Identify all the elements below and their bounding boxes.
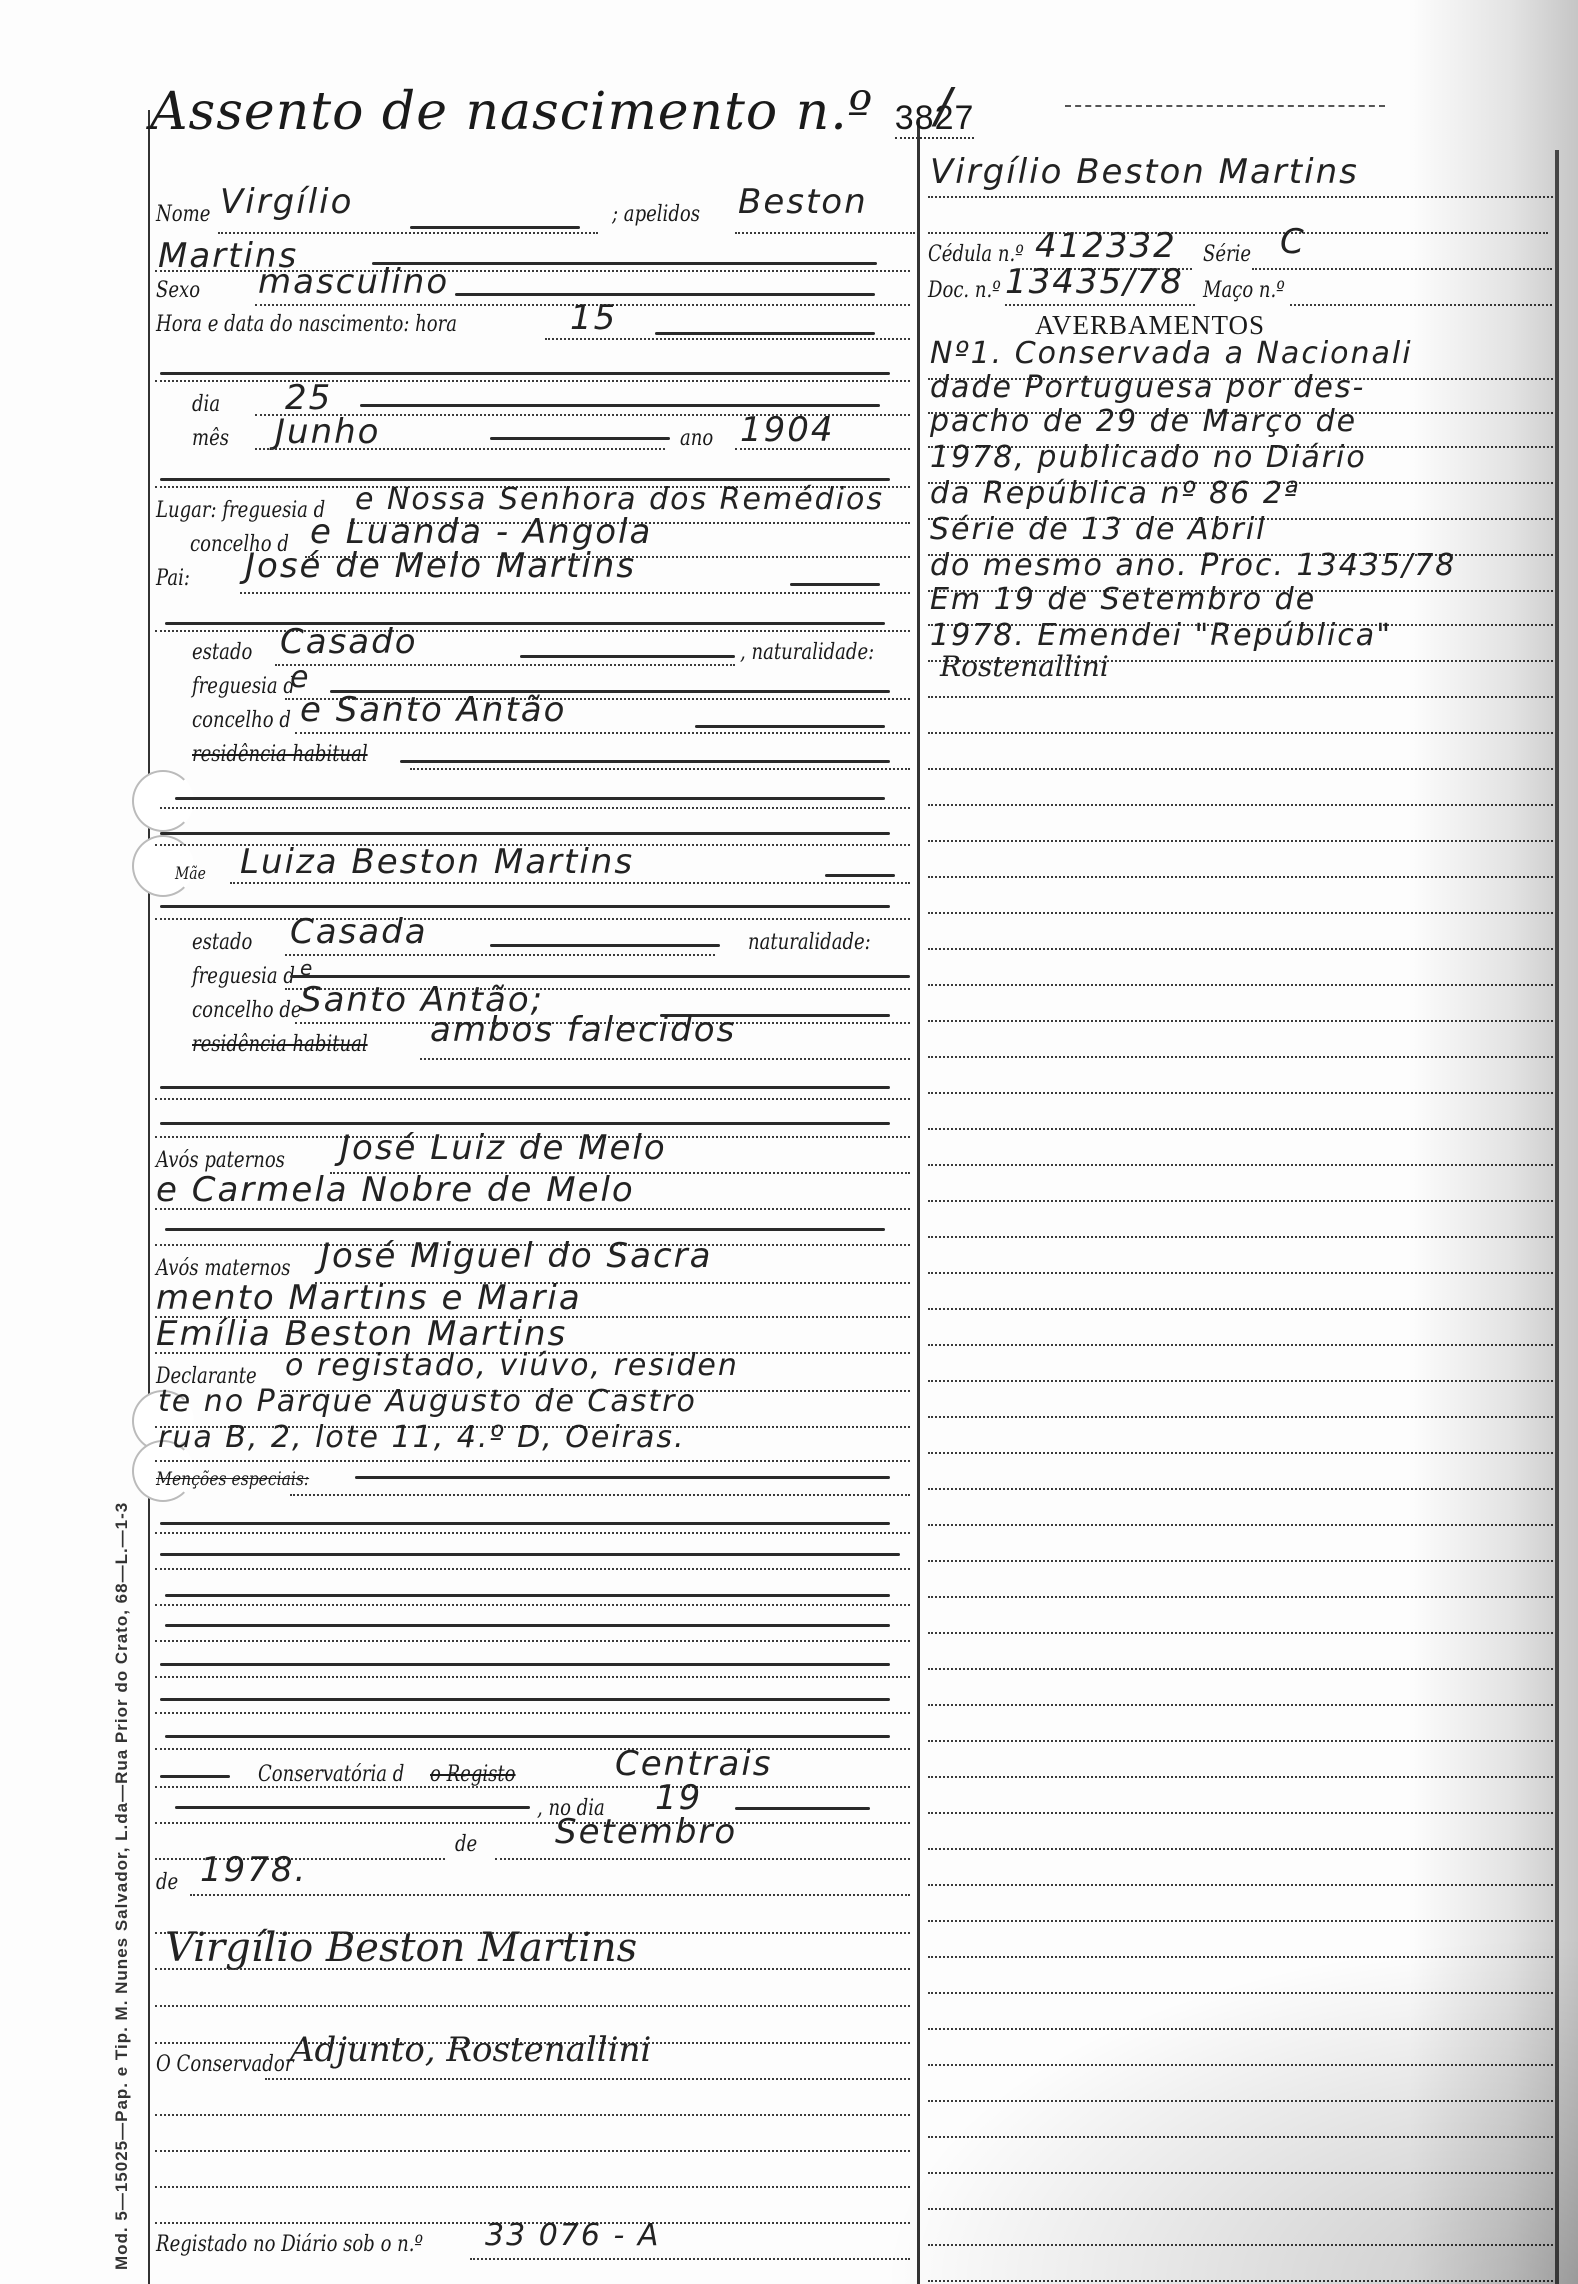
field-line xyxy=(928,232,1548,234)
fill-stroke xyxy=(490,944,720,947)
averbamento-line: pacho de 29 de Março de xyxy=(930,404,1357,439)
avos-paternos-value-1: José Luiz de Melo xyxy=(340,1128,667,1168)
field-line xyxy=(928,1056,1553,1058)
title-text: Assento de nascimento n.º xyxy=(150,82,873,142)
registry-mes-value: Setembro xyxy=(555,1812,737,1852)
mae-freguesia-label: freguesia d xyxy=(192,964,295,989)
conservador-label: O Conservador xyxy=(156,2052,293,2077)
pen-mark: / xyxy=(935,78,953,134)
averbamento-line: Série de 13 de Abril xyxy=(930,512,1267,547)
averbamento-line: Em 19 de Setembro de xyxy=(930,582,1316,617)
averbamento-signature: Rostenallini xyxy=(940,650,1109,683)
field-line xyxy=(155,1098,910,1100)
field-line xyxy=(928,1560,1553,1562)
field-line xyxy=(470,2258,910,2260)
field-line xyxy=(155,1786,910,1788)
field-line xyxy=(155,1640,910,1642)
photocopy-shadow xyxy=(878,1934,1578,2284)
field-line xyxy=(735,232,915,234)
field-line xyxy=(155,1568,910,1570)
fill-stroke xyxy=(455,293,875,296)
averbamento-line: Nº1. Conservada a Nacionali xyxy=(930,336,1413,371)
cancel-stroke xyxy=(160,1522,890,1525)
fill-stroke xyxy=(410,226,580,229)
fill-stroke xyxy=(735,1807,870,1810)
field-line xyxy=(928,984,1553,986)
registry-ano-label: de xyxy=(156,1870,178,1895)
field-line xyxy=(928,948,1553,950)
mae-naturalidade-label: naturalidade: xyxy=(748,930,871,955)
field-line xyxy=(928,1380,1553,1382)
declarant-signature: Virgílio Beston Martins xyxy=(165,1925,637,1971)
field-line xyxy=(190,1894,910,1896)
field-line xyxy=(1252,268,1552,270)
avos-maternos-value-2: mento Martins e Maria xyxy=(156,1278,582,1318)
fill-stroke xyxy=(825,874,895,877)
fill-stroke xyxy=(160,478,890,481)
mae-estado-label: estado xyxy=(192,930,252,955)
nome-label: Nome xyxy=(156,202,210,227)
fill-stroke xyxy=(160,1122,890,1125)
field-line xyxy=(155,380,910,382)
doc-value: 13435/78 xyxy=(1005,262,1184,302)
field-line xyxy=(928,1308,1553,1310)
mae-label: Mãe xyxy=(175,864,206,884)
field-line xyxy=(928,2028,1553,2030)
field-line xyxy=(928,840,1553,842)
fill-stroke xyxy=(175,797,885,800)
field-line xyxy=(1290,304,1552,306)
cancel-stroke xyxy=(165,1594,890,1597)
field-line xyxy=(155,1604,910,1606)
field-line xyxy=(255,448,665,450)
mes-value: Junho xyxy=(275,412,380,452)
column-divider-line xyxy=(917,120,920,2284)
doc-label: Doc. n.º xyxy=(928,278,1001,303)
fill-stroke xyxy=(400,760,890,763)
dia-label: dia xyxy=(192,392,220,417)
conservador-signature: Adjunto, Rostenallini xyxy=(290,2030,651,2070)
pai-value: José de Melo Martins xyxy=(245,546,636,586)
field-line xyxy=(928,1488,1553,1490)
field-line xyxy=(928,1704,1553,1706)
declarante-line-1: o registado, viúvo, residen xyxy=(285,1348,739,1383)
fill-stroke xyxy=(790,583,880,586)
field-line xyxy=(928,1920,1553,1922)
serie-label: Série xyxy=(1203,242,1251,267)
photocopy-shadow xyxy=(1408,0,1578,2284)
field-line xyxy=(495,1858,910,1860)
pai-freguesia-label: freguesia d xyxy=(192,674,295,699)
diario-label: Registado no Diário sob o n.º xyxy=(156,2232,423,2257)
fill-stroke xyxy=(165,622,885,625)
cancel-stroke xyxy=(160,1663,890,1666)
field-line xyxy=(735,448,910,450)
declarante-line-3: rua B, 2, lote 11, 4.º D, Oeiras. xyxy=(158,1420,686,1455)
field-line xyxy=(928,876,1553,878)
pai-concelho-value: e Santo Antão xyxy=(300,690,566,730)
field-line xyxy=(928,1632,1553,1634)
field-line xyxy=(928,1740,1553,1742)
freguesia-label: Lugar: freguesia d xyxy=(156,498,325,523)
field-line xyxy=(928,1596,1553,1598)
cancel-stroke xyxy=(165,1624,890,1627)
pai-concelho-label: concelho d xyxy=(192,708,291,733)
fill-stroke xyxy=(360,404,880,407)
diario-number: 33 076 - A xyxy=(485,2218,660,2253)
field-line xyxy=(928,1668,1553,1670)
field-line xyxy=(928,1524,1553,1526)
field-line xyxy=(928,2064,1553,2066)
field-line xyxy=(155,1712,910,1714)
field-line xyxy=(928,2172,1553,2174)
conservatoria-label: Conservatória d xyxy=(258,1762,404,1787)
fill-stroke xyxy=(655,332,875,335)
nome-value: Virgílio xyxy=(220,182,353,222)
field-line xyxy=(928,196,1553,198)
cedula-value: 412332 xyxy=(1035,226,1177,266)
field-line xyxy=(928,1272,1553,1274)
mes-label: mês xyxy=(192,426,229,451)
sexo-label: Sexo xyxy=(156,278,200,303)
fill-stroke xyxy=(160,1775,230,1778)
maco-label: Maço n.º xyxy=(1203,278,1285,303)
apelidos-value-1: Beston xyxy=(738,182,868,222)
cancel-stroke xyxy=(160,1698,890,1701)
ano-label: ano xyxy=(680,426,713,451)
avos-paternos-value-2: e Carmela Nobre de Melo xyxy=(156,1170,635,1210)
field-line xyxy=(285,954,715,956)
field-line xyxy=(928,696,1553,698)
serie-value: C xyxy=(1280,222,1306,262)
field-line xyxy=(155,1822,910,1824)
field-line xyxy=(155,1208,910,1210)
field-line xyxy=(928,1092,1553,1094)
averbamento-line: da República nº 86 2ª xyxy=(930,476,1300,511)
mae-concelho-label: concelho de xyxy=(192,998,302,1023)
cancel-stroke xyxy=(160,1553,900,1556)
mae-residencia-value: ambos falecidos xyxy=(430,1010,736,1050)
field-line xyxy=(928,1128,1553,1130)
field-line xyxy=(155,2005,910,2007)
left-border-line xyxy=(148,110,150,2284)
cancel-stroke xyxy=(165,1735,890,1738)
field-line xyxy=(155,630,910,632)
mencoes-especiais-label: Menções especiais: xyxy=(156,1468,309,1490)
field-line xyxy=(928,2280,1553,2282)
field-line xyxy=(155,2186,910,2188)
field-line xyxy=(928,732,1553,734)
field-line xyxy=(155,1532,910,1534)
conservatoria-registo-label: o Registo xyxy=(430,1762,516,1787)
document-title: Assento de nascimento n.º 3827 xyxy=(150,82,974,142)
sexo-value: masculino xyxy=(258,262,449,302)
field-line xyxy=(928,2100,1553,2102)
registry-ano-value: 1978. xyxy=(200,1850,307,1890)
field-line xyxy=(928,1848,1553,1850)
field-line xyxy=(928,2244,1553,2246)
field-line xyxy=(928,1992,1553,1994)
field-line xyxy=(928,1884,1553,1886)
mae-estado-value: Casada xyxy=(290,912,428,952)
field-line xyxy=(265,2078,910,2080)
apelidos-label: ; apelidos xyxy=(612,202,700,227)
field-line xyxy=(928,1416,1553,1418)
field-line xyxy=(928,1200,1553,1202)
printer-imprint: Mod. 5—15025—Pap. e Tip. M. Nunes Salvad… xyxy=(112,1502,132,2270)
ano-value: 1904 xyxy=(740,410,835,450)
fill-stroke xyxy=(160,905,890,908)
field-line xyxy=(155,2150,910,2152)
field-line xyxy=(928,804,1553,806)
field-line xyxy=(295,732,910,734)
field-line xyxy=(928,768,1553,770)
fill-stroke xyxy=(490,437,670,440)
mae-value: Luiza Beston Martins xyxy=(240,842,634,882)
pai-label: Pai: xyxy=(156,566,190,591)
hora-value: 15 xyxy=(570,298,617,338)
fill-stroke xyxy=(160,1086,890,1089)
pai-estado-value: Casado xyxy=(280,622,418,662)
fill-stroke xyxy=(290,975,910,978)
pai-estado-label: estado xyxy=(192,640,252,665)
field-line xyxy=(155,1676,910,1678)
field-line xyxy=(928,2208,1553,2210)
field-line xyxy=(160,807,910,809)
field-line xyxy=(928,1452,1553,1454)
field-line xyxy=(155,1748,910,1750)
averbamento-line: dade Portuguesa por des- xyxy=(930,370,1365,405)
birth-certificate-page: Assento de nascimento n.º 3827 / Nome Vi… xyxy=(0,0,1578,2284)
fill-stroke xyxy=(160,832,890,835)
field-line xyxy=(928,1020,1553,1022)
field-line xyxy=(928,1164,1553,1166)
field-line xyxy=(155,918,910,920)
averbamento-line: do mesmo ano. Proc. 13435/78 xyxy=(930,548,1456,583)
field-line xyxy=(545,338,910,340)
field-line xyxy=(928,2136,1553,2138)
mae-residencia-label: residência habitual xyxy=(192,1032,368,1057)
pai-naturalidade-label: , naturalidade: xyxy=(740,640,874,665)
field-line xyxy=(218,232,598,234)
averbamento-line: 1978, publicado no Diário xyxy=(930,440,1367,475)
field-line xyxy=(155,2114,910,2116)
field-line xyxy=(928,912,1553,914)
field-line xyxy=(155,1968,910,1970)
pai-residencia-label: residência habitual xyxy=(192,742,368,767)
fill-stroke xyxy=(175,1806,530,1809)
de-label: de xyxy=(455,1832,477,1857)
field-line xyxy=(230,882,910,884)
field-line xyxy=(410,768,910,770)
field-line xyxy=(290,1494,910,1496)
fill-stroke xyxy=(355,1476,890,1479)
field-line xyxy=(928,1776,1553,1778)
hora-label: Hora e data do nascimento: hora xyxy=(156,312,457,337)
avos-maternos-value-1: José Miguel do Sacra xyxy=(320,1236,712,1276)
field-line xyxy=(155,1460,910,1462)
right-border-line xyxy=(1555,150,1559,2284)
declarante-line-2: te no Parque Augusto de Castro xyxy=(158,1384,697,1419)
fill-stroke xyxy=(160,372,890,375)
field-line xyxy=(928,1236,1553,1238)
averbamento-line: 1978. Emendei "República" xyxy=(930,618,1392,653)
field-line xyxy=(240,592,910,594)
field-line xyxy=(275,664,735,666)
field-line xyxy=(1005,304,1195,306)
field-line xyxy=(928,1344,1553,1346)
field-line xyxy=(928,1812,1553,1814)
fill-stroke xyxy=(165,1228,885,1231)
fill-stroke xyxy=(695,725,885,728)
punch-hole xyxy=(132,770,194,832)
field-line xyxy=(420,1058,910,1060)
fill-stroke xyxy=(520,655,735,658)
top-dash-line xyxy=(1065,105,1385,107)
right-full-name: Virgílio Beston Martins xyxy=(930,152,1359,192)
field-line xyxy=(928,1956,1553,1958)
